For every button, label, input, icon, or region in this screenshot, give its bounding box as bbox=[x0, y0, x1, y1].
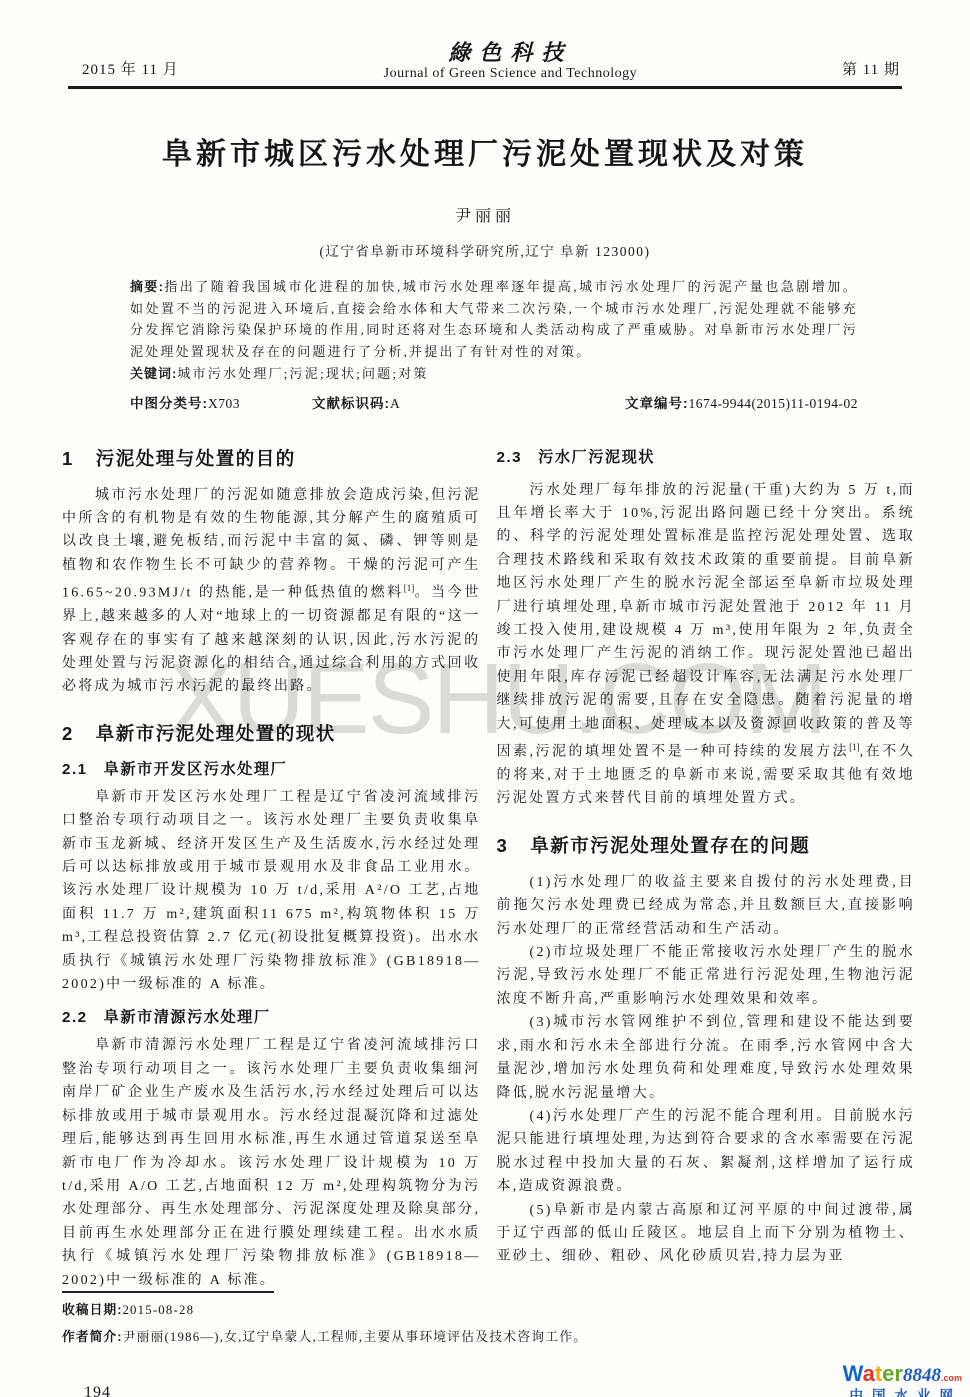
section-2-3-number: 2.3 bbox=[497, 449, 523, 466]
journal-title-en: Journal of Green Science and Technology bbox=[179, 64, 842, 83]
section-2-2-number: 2.2 bbox=[62, 1009, 88, 1026]
section-2-1-paragraph: 阜新市开发区污水处理厂工程是辽宁省凌河流域排污口整治专项行动项目之一。该污水处理… bbox=[62, 786, 481, 997]
logo-letter-a: a bbox=[863, 1361, 875, 1386]
section-2-1-heading: 2.1阜新市开发区污水处理厂 bbox=[62, 759, 481, 781]
article-title: 阜新市城区污水处理厂污泥处置现状及对策 bbox=[60, 135, 910, 175]
author-affiliation: (辽宁省阜新市环境科学研究所,辽宁 阜新 123000) bbox=[0, 240, 970, 260]
section-2-3-heading: 2.3污水厂污泥现状 bbox=[497, 447, 916, 469]
problem-item-1: (1)污水处理厂的收益主要来自拨付的污水处理费,目前拖欠污水处理费已经成为常态,… bbox=[497, 871, 916, 941]
section-1-paragraph: 城市污水处理厂的污泥如随意排放会造成污染,但污泥中所含的有机物是有效的生物能源,… bbox=[62, 484, 481, 699]
problem-item-5: (5)阜新市是内蒙古高原和辽河平原的中间过渡带,属于辽宁西部的低山丘陵区。地层自… bbox=[497, 1199, 916, 1269]
issue-date: 2015 年 11 月 bbox=[82, 58, 179, 83]
section-2-3-title: 污水厂污泥现状 bbox=[538, 449, 655, 466]
section-2-2-paragraph: 阜新市清源污水处理厂工程是辽宁省凌河流域排污口整治专项行动项目之一。该污水处理厂… bbox=[62, 1034, 481, 1287]
journal-page: XUESHU.COM 2015 年 11 月 綠色科技 Journal of G… bbox=[0, 0, 970, 1397]
clc-label: 中图分类号: bbox=[130, 396, 208, 411]
article-id-label: 文章编号: bbox=[625, 396, 689, 411]
section-2-2-title: 阜新市清源污水处理厂 bbox=[104, 1009, 271, 1026]
logo-letter-w: W bbox=[843, 1361, 863, 1386]
author-bio-line: 作者简介:尹丽丽(1986—),女,辽宁阜蒙人,工程师,主要从事环境评估及技术咨… bbox=[62, 1327, 908, 1347]
section-2-number: 2 bbox=[62, 723, 74, 744]
journal-name-block: 綠色科技 Journal of Green Science and Techno… bbox=[179, 42, 842, 83]
body-columns: 1污泥处理与处置的目的 城市污水处理厂的污泥如随意排放会造成污染,但污泥中所含的… bbox=[62, 440, 915, 1288]
section-1-heading: 1污泥处理与处置的目的 bbox=[62, 446, 481, 472]
received-date-label: 收稿日期: bbox=[62, 1302, 122, 1317]
section-1-text-a: 城市污水处理厂的污泥如随意排放会造成污染,但污泥中所含的有机物是有效的生物能源,… bbox=[62, 488, 481, 601]
section-1-title: 污泥处理与处置的目的 bbox=[96, 448, 296, 469]
section-2-3-text-a: 污水处理厂每年排放的污泥量(干重)大约为 5 万 t,而且年增长率大于 10%,… bbox=[497, 483, 916, 760]
doc-code-item: 文献标识码:A bbox=[312, 392, 400, 412]
problem-item-2: (2)市垃圾处理厂不能正常接收污水处理厂产生的脱水污泥,导致污水处理厂不能正常进… bbox=[497, 941, 916, 1011]
section-2-1-number: 2.1 bbox=[62, 761, 88, 778]
classification-row: 中图分类号:X703 文献标识码:A 文章编号:1674-9944(2015)1… bbox=[130, 392, 858, 412]
keywords-label: 关键词: bbox=[130, 366, 177, 381]
author-bio-text: 尹丽丽(1986—),女,辽宁阜蒙人,工程师,主要从事环境评估及技术咨询工作。 bbox=[122, 1330, 587, 1344]
right-column: 2.3污水厂污泥现状 污水处理厂每年排放的污泥量(干重)大约为 5 万 t,而且… bbox=[497, 440, 916, 1288]
issue-number: 第 11 期 bbox=[842, 58, 900, 83]
left-column: 1污泥处理与处置的目的 城市污水处理厂的污泥如随意排放会造成污染,但污泥中所含的… bbox=[62, 440, 481, 1288]
page-content: 2015 年 11 月 綠色科技 Journal of Green Scienc… bbox=[0, 42, 970, 1397]
abstract-block: 摘要:指出了随着我国城市化进程的加快,城市污水处理率逐年提高,城市污水处理厂的污… bbox=[130, 276, 858, 362]
section-3-number: 3 bbox=[497, 835, 509, 856]
section-3-title: 阜新市污泥处理处置存在的问题 bbox=[530, 835, 810, 856]
logo-letter-e: e bbox=[882, 1361, 894, 1386]
clc-item: 中图分类号:X703 bbox=[130, 392, 240, 412]
section-1-text-b: 。当今世界上,越来越多的人对“地球上的一切资源都足有限的“这一客观存在的事实有了… bbox=[62, 586, 481, 695]
section-3-heading: 3阜新市污泥处理处置存在的问题 bbox=[497, 833, 916, 859]
logo-cn-text: 中国水业网 bbox=[843, 1389, 962, 1397]
logo-dotcom: .com bbox=[941, 1373, 962, 1383]
journal-title-cn: 綠色科技 bbox=[179, 42, 842, 64]
bottom-row: 194 Water8848.com 中国水业网 bbox=[84, 1363, 962, 1397]
page-number: 194 bbox=[84, 1384, 111, 1397]
article-id-value: 1674-9944(2015)11-0194-02 bbox=[689, 396, 858, 411]
problem-item-4: (4)污水处理厂产生的污泥不能合理利用。目前脱水污泥只能进行填埋处理,为达到符合… bbox=[497, 1105, 916, 1199]
received-date-line: 收稿日期:2015-08-28 bbox=[62, 1300, 908, 1320]
doc-code-value: A bbox=[390, 396, 400, 411]
section-2-title: 阜新市污泥处理处置的现状 bbox=[96, 723, 336, 744]
keywords-text: 城市污水处理厂;污泥;现状;问题;对策 bbox=[177, 366, 428, 381]
header-rule bbox=[68, 86, 902, 89]
section-1-number: 1 bbox=[62, 448, 74, 469]
logo-number: 8848 bbox=[903, 1365, 941, 1386]
water8848-logo: Water8848.com 中国水业网 bbox=[843, 1363, 962, 1397]
section-2-1-title: 阜新市开发区污水处理厂 bbox=[104, 761, 288, 778]
keywords-block: 关键词:城市污水处理厂;污泥;现状;问题;对策 bbox=[130, 363, 858, 385]
section-2-3-paragraph: 污水处理厂每年排放的污泥量(干重)大约为 5 万 t,而且年增长率大于 10%,… bbox=[497, 479, 916, 811]
abstract-text: 指出了随着我国城市化进程的加快,城市污水处理率逐年提高,城市污水处理厂的污泥产量… bbox=[130, 279, 858, 359]
water8848-wordmark: Water8848.com bbox=[843, 1363, 962, 1385]
problem-item-3: (3)城市污水管网维护不到位,管理和建设不能达到要求,雨水和污水未全部进行分流。… bbox=[497, 1011, 916, 1105]
doc-code-label: 文献标识码: bbox=[312, 396, 390, 411]
author-bio-label: 作者简介: bbox=[62, 1329, 122, 1344]
section-2-2-heading: 2.2阜新市清源污水处理厂 bbox=[62, 1007, 481, 1029]
clc-value: X703 bbox=[208, 396, 240, 411]
received-date-value: 2015-08-28 bbox=[122, 1303, 194, 1317]
section-2-heading: 2阜新市污泥处理处置的现状 bbox=[62, 721, 481, 747]
abstract-label: 摘要: bbox=[130, 279, 164, 294]
article-id-item: 文章编号:1674-9944(2015)11-0194-02 bbox=[625, 392, 858, 412]
reference-mark-1b: [1] bbox=[849, 742, 860, 752]
reference-mark-1: [1] bbox=[404, 583, 415, 593]
logo-letter-r: r bbox=[894, 1361, 903, 1386]
author-name: 尹丽丽 bbox=[0, 203, 970, 226]
footnote-rule bbox=[62, 1291, 274, 1293]
running-head: 2015 年 11 月 綠色科技 Journal of Green Scienc… bbox=[82, 42, 900, 83]
